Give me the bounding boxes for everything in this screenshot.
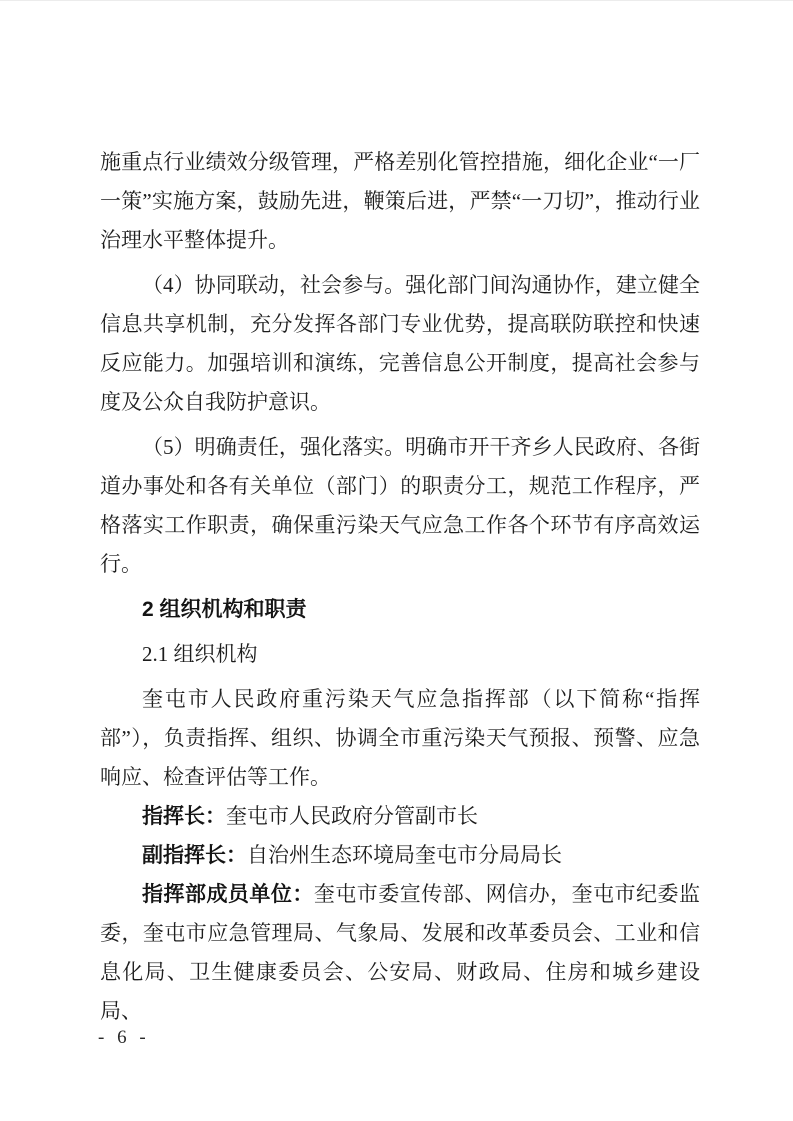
document-page: 施重点行业绩效分级管理，严格差别化管控措施，细化企业“一厂一策”实施方案，鼓励先… bbox=[0, 0, 793, 1121]
subsection-heading: 2.1 组织机构 bbox=[100, 635, 700, 674]
paragraph-command-org: 奎屯市人民政府重污染天气应急指挥部（以下简称“指挥部”），负责指挥、组织、协调全… bbox=[100, 680, 700, 797]
paragraph-continued: 施重点行业绩效分级管理，严格差别化管控措施，细化企业“一厂一策”实施方案，鼓励先… bbox=[100, 143, 700, 260]
page-number: - 6 - bbox=[98, 1027, 150, 1049]
commander-label: 指挥长： bbox=[142, 805, 226, 828]
deputy-commander-value: 自治州生态环境局奎屯市分局局长 bbox=[247, 843, 562, 867]
commander-value: 奎屯市人民政府分管副市长 bbox=[226, 804, 478, 828]
deputy-commander-line: 副指挥长：自治州生态环境局奎屯市分局局长 bbox=[100, 836, 700, 875]
document-body: 施重点行业绩效分级管理，严格差别化管控措施，细化企业“一厂一策”实施方案，鼓励先… bbox=[100, 143, 700, 1031]
member-units-paragraph: 指挥部成员单位：奎屯市委宣传部、网信办，奎屯市纪委监委，奎屯市应急管理局、气象局… bbox=[100, 875, 700, 1031]
paragraph-item-5: （5）明确责任，强化落实。明确市开干齐乡人民政府、各街道办事处和各有关单位（部门… bbox=[100, 428, 700, 584]
commander-line: 指挥长：奎屯市人民政府分管副市长 bbox=[100, 797, 700, 836]
section-heading: 2 组织机构和职责 bbox=[100, 590, 700, 629]
paragraph-item-4: （4）协同联动，社会参与。强化部门间沟通协作，建立健全信息共享机制，充分发挥各部… bbox=[100, 266, 700, 422]
member-units-label: 指挥部成员单位： bbox=[142, 883, 314, 906]
deputy-commander-label: 副指挥长： bbox=[142, 844, 247, 867]
